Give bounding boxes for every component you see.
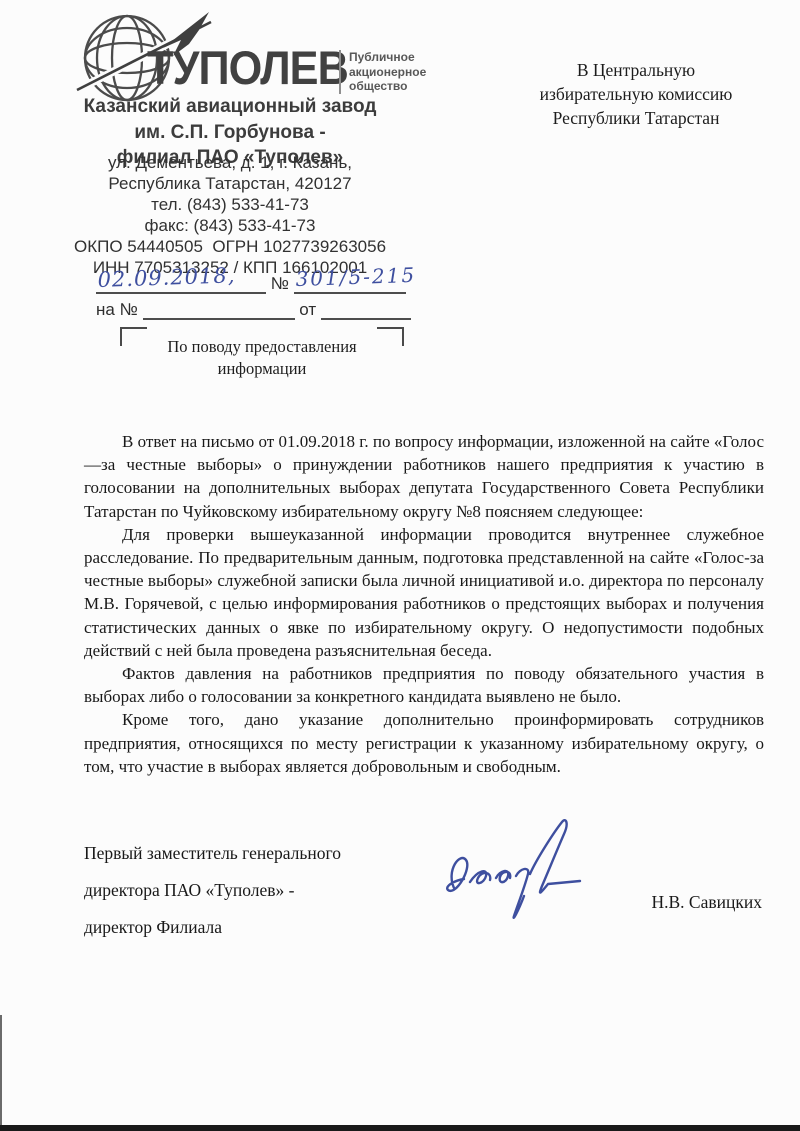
ref-number-underline — [143, 298, 295, 320]
addressee-block: В Центральную избирательную комиссию Рес… — [488, 58, 784, 130]
body-paragraph: В ответ на письмо от 01.09.2018 г. по во… — [84, 430, 764, 523]
ref-prefix-label: на № — [96, 300, 138, 319]
phone-line: тел. (843) 533-41-73 — [40, 194, 420, 215]
signature-block: Первый заместитель генерального директор… — [84, 844, 764, 964]
address-street: ул. Дементьева, д. 1, г. Казань, — [40, 152, 420, 173]
brand-wordmark: ТУПОЛЕВ — [147, 40, 348, 95]
date-underline: 02.09.2018, — [96, 272, 266, 294]
number-sign: № — [271, 274, 289, 293]
body-paragraph: Кроме того, дано указание дополнительно … — [84, 708, 764, 778]
scanned-letter-page: ТУПОЛЕВ Публичное акционерное общество К… — [0, 0, 800, 1131]
tupolev-logo: ТУПОЛЕВ Публичное акционерное общество — [75, 6, 425, 98]
org-type-label: Публичное акционерное общество — [349, 50, 426, 94]
subject-block: По поводу предоставления информации — [120, 327, 404, 387]
handwritten-date: 02.09.2018, — [97, 263, 236, 292]
body-paragraph: Для проверки вышеуказанной информации пр… — [84, 523, 764, 662]
reference-line: на № от — [96, 298, 426, 320]
ref-date-underline — [321, 298, 411, 320]
brand-divider — [339, 50, 341, 94]
body-paragraph: Фактов давления на работников предприяти… — [84, 662, 764, 708]
handwritten-number: 301/5-215 — [295, 263, 416, 291]
address-region: Республика Татарстан, 420127 — [40, 173, 420, 194]
company-address: ул. Дементьева, д. 1, г. Казань, Республ… — [40, 152, 420, 278]
scan-edge-artifact-left — [0, 1015, 2, 1125]
subject-text: По поводу предоставления информации — [140, 336, 384, 380]
fax-line: факс: (843) 533-41-73 — [40, 215, 420, 236]
ref-from-label: от — [299, 300, 316, 319]
okpo-ogrn-line: ОКПО 54440505 ОГРН 1027739263056 — [40, 236, 420, 257]
scan-edge-artifact-bottom — [0, 1125, 800, 1131]
letter-body: В ответ на письмо от 01.09.2018 г. по во… — [84, 430, 764, 778]
handwritten-signature-icon — [424, 818, 604, 928]
number-underline: 301/5-215 — [294, 272, 406, 294]
doc-number-line: 02.09.2018, № 301/5-215 — [96, 272, 426, 294]
signer-name: Н.В. Савицких — [652, 892, 763, 913]
